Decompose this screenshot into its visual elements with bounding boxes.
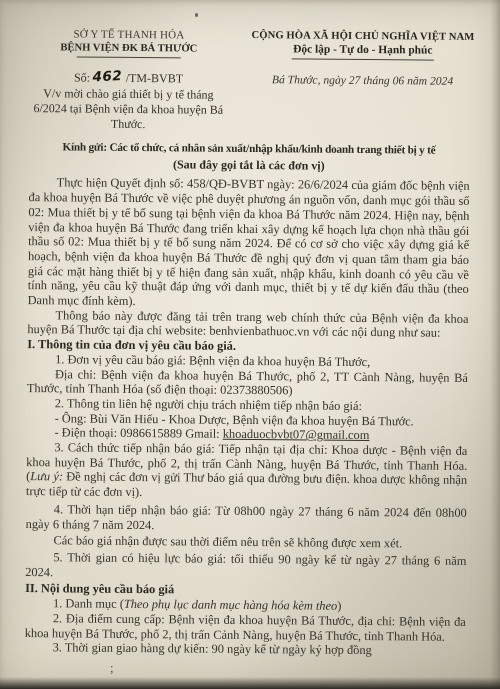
document-subject: V/v mời chào giá thiết bị y tế tháng 6/2… xyxy=(33,86,223,133)
salutation-line2: (Sau đây gọi tắt là các đơn vị) xyxy=(18,156,480,175)
scanned-document-page: SỞ Y TẾ THANH HÓA BỆNH VIỆN ĐK BÁ THƯỚC … xyxy=(0,0,500,689)
issuing-org-block: SỞ Y TẾ THANH HÓA BỆNH VIỆN ĐK BÁ THƯỚC … xyxy=(25,28,232,133)
section1-item4: 4. Thời hạn tiếp nhận báo giá: Từ 08h00 … xyxy=(26,502,467,535)
org-underline xyxy=(77,56,181,58)
page-bottom-edge xyxy=(0,677,500,689)
document-header: SỞ Y TẾ THANH HÓA BỆNH VIỆN ĐK BÁ THƯỚC … xyxy=(0,28,500,135)
place-dateline: Bá Thước, ngày 27 tháng 06 năm 2024 xyxy=(234,73,492,88)
section2-item2: 2. Địa điểm cung cấp: Bệnh viện đa khoa … xyxy=(25,611,466,644)
document-body: Kính gửi: Các tổ chức, cá nhân sản xuất/… xyxy=(25,140,470,659)
national-title: CỘNG HÒA XÃ HỘI CHỦ NGHĨA VIỆT NAM xyxy=(234,30,492,43)
page-right-shadow xyxy=(490,0,500,689)
org-parent-name: SỞ Y TẾ THANH HÓA xyxy=(26,28,232,42)
doc-no-label: Số: xyxy=(74,70,90,84)
document-number-line: Số: 462 /TM-BVBT xyxy=(26,69,232,87)
section1-item3: 3. Cách thức tiếp nhận báo giá: Tiếp nhậ… xyxy=(26,440,467,503)
doc-no-suffix: /TM-BVBT xyxy=(126,71,183,85)
scan-speck xyxy=(195,13,198,17)
contact-email: khoaduocbvbt07@gmail.com xyxy=(223,427,370,442)
contact-phone: - Điện thoại: 0986615889 Gmail: xyxy=(54,426,222,441)
salutation-block: Kính gửi: Các tổ chức, cá nhân sản xuất/… xyxy=(18,140,480,174)
national-motto: Độc lập - Tự do - Hạnh phúc xyxy=(234,43,492,57)
section1-item5: 5. Thời gian có hiệu lực báo giá: tối th… xyxy=(25,550,466,583)
item1-close-paren: ) xyxy=(337,599,341,613)
item3-note-label: Lưu ý: xyxy=(30,470,63,484)
paragraph-announcement: Thông báo này được đăng tải trên trang w… xyxy=(27,308,468,341)
section1-item1-address: Địa chỉ: Bệnh viện đa khoa huyện Bá Thướ… xyxy=(27,367,468,400)
paragraph-decision-basis: Thực hiện Quyết định số: 458/QĐ-BVBT ngà… xyxy=(28,175,470,311)
scan-stray-mark: ; xyxy=(110,660,114,676)
section1-item4-note: Các báo giá nhận được sau thời điểm nêu … xyxy=(25,533,466,552)
item3-note-text: Đề nghị các đơn vị gửi Thư báo giá qua đ… xyxy=(26,470,467,499)
item1-text: 1. Danh mục ( xyxy=(53,596,124,611)
item1-attachment-note: Theo phụ lục danh mục hàng hóa kèm theo xyxy=(124,597,337,613)
national-header-block: CỘNG HÒA XÃ HỘI CHỦ NGHĨA VIỆT NAM Độc l… xyxy=(234,30,492,88)
doc-no-handwritten-value: 462 xyxy=(93,68,123,85)
document-content: SỞ Y TẾ THANH HÓA BỆNH VIỆN ĐK BÁ THƯỚC … xyxy=(0,28,500,659)
org-name: BỆNH VIỆN ĐK BÁ THƯỚC xyxy=(26,42,232,55)
motto-underline xyxy=(292,58,434,60)
